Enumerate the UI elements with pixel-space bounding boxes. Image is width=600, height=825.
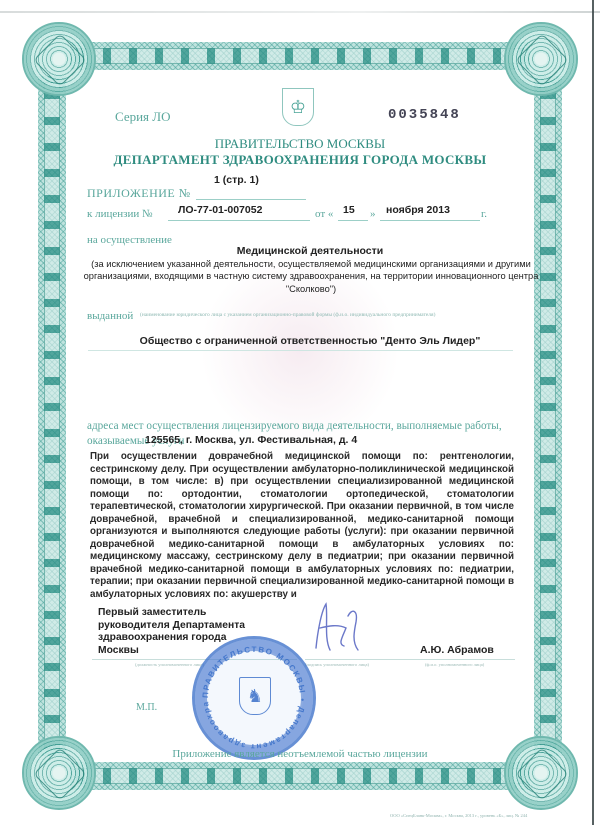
- government-title: ПРАВИТЕЛЬСТВО МОСКВЫ: [0, 136, 600, 152]
- official-stamp: ПРАВИТЕЛЬСТВО МОСКВЫ • Департамент здрав…: [192, 636, 316, 760]
- date-quote-close: »: [370, 208, 376, 220]
- appendix-label: ПРИЛОЖЕНИЕ №: [87, 186, 191, 201]
- organization-name: Общество с ограниченной ответственностью…: [80, 335, 540, 347]
- signature-hint: (подпись уполномоченного лица): [305, 662, 369, 667]
- organization-underline: [88, 350, 513, 351]
- appendix-underline: [196, 199, 306, 200]
- document-content: Серия ЛО ♔ 0035848 ПРАВИТЕЛЬСТВО МОСКВЫ …: [0, 0, 600, 825]
- moscow-coat-of-arms-stamp-icon: ♞: [239, 677, 271, 715]
- address-value: 125565, г. Москва, ул. Фестивальная, д. …: [145, 434, 357, 446]
- signer-position-line: Первый заместитель: [98, 607, 245, 620]
- license-number: ЛО-77-01-007052: [178, 204, 262, 216]
- appendix-number: 1 (стр. 1): [214, 174, 259, 186]
- name-hint: (ф.и.о. уполномоченного лица): [425, 662, 484, 667]
- issued-to-hint: (наименование юридического лица с указан…: [140, 312, 435, 318]
- signer-position-line: руководителя Департамента: [98, 620, 245, 633]
- name-underline: [395, 659, 515, 660]
- footer-note: Приложение является неотъемлемой частью …: [0, 748, 600, 760]
- issued-to-label: выданной: [87, 310, 133, 322]
- license-month-year: ноября 2013: [386, 204, 450, 216]
- position-hint: (должность уполномоченного лица): [135, 662, 204, 667]
- activity-title: Медицинской деятельности: [80, 245, 540, 257]
- signer-name: А.Ю. Абрамов: [420, 644, 494, 656]
- license-day: 15: [343, 204, 355, 216]
- month-underline: [380, 220, 480, 221]
- stamp-place-label: М.П.: [136, 702, 157, 713]
- department-title: ДЕПАРТАМЕНТ ЗДРАВООХРАНЕНИЯ ГОРОДА МОСКВ…: [0, 152, 600, 168]
- day-underline: [338, 220, 368, 221]
- series-number: 0035848: [388, 107, 461, 123]
- license-label: к лицензии №: [87, 208, 153, 220]
- activity-note: (за исключением указанной деятельности, …: [82, 258, 540, 295]
- signature-underline: [305, 659, 400, 660]
- year-suffix: г.: [481, 208, 487, 220]
- date-prefix: от «: [315, 208, 333, 220]
- license-underline: [168, 220, 310, 221]
- works-description: При осуществлении доврачебной медицинско…: [90, 451, 514, 601]
- printer-info: ООО «СпецБланк-Москва», г. Москва, 2013 …: [390, 813, 527, 818]
- handwritten-signature-icon: [308, 598, 368, 658]
- russian-coat-of-arms-icon: ♔: [282, 88, 314, 126]
- series-label: Серия ЛО: [115, 109, 171, 125]
